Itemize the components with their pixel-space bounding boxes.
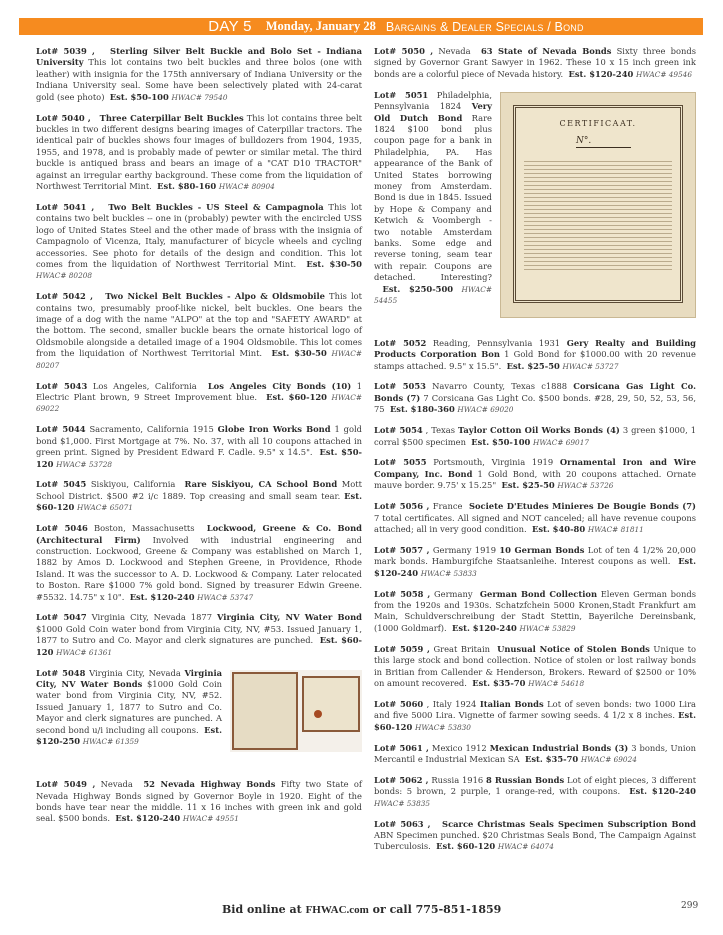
lot-hwac-number: HWAC# 79540 — [171, 93, 227, 102]
lot-entry: Lot# 5055 Portsmouth, Virginia 1919 Orna… — [374, 457, 696, 491]
footer-site-link[interactable]: FHWAC.com — [306, 904, 369, 916]
lot-number: Lot# 5041 , — [36, 202, 94, 212]
lot-title: Virginia City, NV Water Bond — [217, 612, 362, 622]
lot-title: Two Belt Buckles - US Steel & Campagnola — [108, 202, 323, 212]
lot-number: Lot# 5046 — [36, 523, 88, 533]
lot-location: , Italy 1924 — [427, 699, 477, 709]
dutch-certificate-photo: CERTIFICAAT. N°. — [500, 92, 696, 318]
lot-number: Lot# 5052 — [374, 338, 426, 348]
lot-number: Lot# 5042 , — [36, 291, 93, 301]
lot-number: Lot# 5048 — [36, 668, 85, 678]
lot-estimate: Est. $120-240 — [568, 69, 633, 79]
lot-title: Two Nickel Belt Buckles - Alpo & Oldsmob… — [105, 291, 325, 301]
lot-hwac-number: HWAC# 53726 — [557, 481, 613, 490]
lot-title: 63 State of Nevada Bonds — [481, 46, 611, 56]
lot-number: Lot# 5055 — [374, 457, 427, 467]
left-column: Lot# 5039 , Sterling Silver Belt Buckle … — [36, 46, 362, 834]
lot-location: Nevada — [101, 779, 133, 789]
lot-entry: Lot# 5046 Boston, Massachusetts Lockwood… — [36, 523, 362, 603]
lot-estimate: Est. $25-50 — [502, 480, 555, 490]
lot-location: Great Britain — [433, 644, 490, 654]
lot-entry: Lot# 5063 , Scarce Christmas Seals Speci… — [374, 819, 696, 853]
lot-entry: Lot# 5061 , Mexico 1912 Mexican Industri… — [374, 743, 696, 766]
lot-title: German Bond Collection — [480, 589, 597, 599]
certificate-caption: CERTIFICAAT. — [516, 118, 680, 129]
lot-estimate: Est. $25-50 — [507, 361, 560, 371]
lot-hwac-number: HWAC# 80208 — [36, 271, 92, 280]
lot-number: Lot# 5058 , — [374, 589, 430, 599]
lot-hwac-number: HWAC# 49546 — [636, 70, 692, 79]
lot-location: Russia 1916 — [431, 775, 483, 785]
lot-estimate: Est. $35-70 — [472, 678, 525, 688]
lot-entry: Lot# 5041 , Two Belt Buckles - US Steel … — [36, 202, 362, 282]
lot-hwac-number: HWAC# 64074 — [498, 842, 554, 851]
lot-estimate: Est. $180-360 — [390, 404, 455, 414]
lot-number: Lot# 5056 , — [374, 501, 429, 511]
lot-hwac-number: HWAC# 53830 — [415, 723, 471, 732]
lot-estimate: Est. $30-50 — [306, 259, 362, 269]
day-header-banner: DAY 5 Monday, January 28 Bargains & Deal… — [19, 18, 703, 35]
lot-hwac-number: HWAC# 61359 — [83, 737, 139, 746]
lot-title: Taylor Cotton Oil Works Bonds (4) — [458, 425, 620, 435]
lot-entry: Lot# 5060 , Italy 1924 Italian Bonds Lot… — [374, 699, 696, 733]
lot-entry: Lot# 5056 , France Societe D'Etudes Mini… — [374, 501, 696, 535]
lot-number: Lot# 5040 , — [36, 113, 91, 123]
lot-hwac-number: HWAC# 53833 — [421, 569, 477, 578]
lot-number: Lot# 5057 , — [374, 545, 430, 555]
lot-entry: Lot# 5054 , Texas Taylor Cotton Oil Work… — [374, 425, 696, 448]
lot-estimate: Est. $250-500 — [382, 284, 453, 294]
lot-location: Portsmouth, Virginia 1919 — [433, 457, 553, 467]
lot-entry: Lot# 5045 Siskiyou, California Rare Sisk… — [36, 479, 362, 513]
lot-entry: CERTIFICAAT. N°. Lot# 5051 Philadelphia,… — [374, 90, 696, 324]
section-title: Bargains & Dealer Specials / Bond — [386, 20, 584, 34]
lot-number: Lot# 5050 , — [374, 46, 433, 56]
lot-title: Italian Bonds — [480, 699, 544, 709]
lot-estimate: Est. $80-160 — [157, 181, 216, 191]
lot-number: Lot# 5051 — [374, 90, 428, 100]
lot-number: Lot# 5061 , — [374, 743, 429, 753]
lot-hwac-number: HWAC# 61361 — [56, 648, 112, 657]
lot-entry: Lot# 5062 , Russia 1916 8 Russian Bonds … — [374, 775, 696, 809]
lot-hwac-number: HWAC# 53728 — [56, 460, 112, 469]
lot-hwac-number: HWAC# 81811 — [588, 525, 644, 534]
lot-estimate: Est. $50-100 — [471, 437, 530, 447]
lot-number: Lot# 5054 — [374, 425, 423, 435]
lot-location: Virginia City, Nevada 1877 — [92, 612, 212, 622]
lot-location: Navarro County, Texas c1888 — [432, 381, 567, 391]
lot-estimate: Est. $60-120 — [266, 392, 327, 402]
lot-entry: Lot# 5042 , Two Nickel Belt Buckles - Al… — [36, 291, 362, 371]
lot-number: Lot# 5039 , — [36, 46, 95, 56]
lot-title: Scarce Christmas Seals Specimen Subscrip… — [442, 819, 696, 829]
lot-entry: Lot# 5059 , Great Britain Unusual Notice… — [374, 644, 696, 690]
lot-number: Lot# 5044 — [36, 424, 86, 434]
date-label: Monday, January 28 — [266, 19, 376, 34]
lot-number: Lot# 5062 , — [374, 775, 429, 785]
footer-bid-line: Bid online at FHWAC.com or call 775-851-… — [222, 903, 501, 916]
lot-title: Societe D'Etudes Minieres De Bougie Bond… — [469, 501, 696, 511]
lot-estimate: Est. $60-120 — [436, 841, 495, 851]
lot-entry: Lot# 5058 , Germany German Bond Collecti… — [374, 589, 696, 635]
lot-estimate: Est. $120-240 — [629, 786, 696, 796]
water-bonds-photo — [230, 670, 362, 752]
lot-title: 8 Russian Bonds — [486, 775, 564, 785]
lot-entry: Lot# 5057 , Germany 1919 10 German Bonds… — [374, 545, 696, 579]
lot-location: Sacramento, California 1915 — [89, 424, 213, 434]
lot-hwac-number: HWAC# 53835 — [374, 799, 430, 808]
lot-estimate: Est. $40-80 — [532, 524, 585, 534]
lot-title: Unusual Notice of Stolen Bonds — [497, 644, 650, 654]
lot-hwac-number: HWAC# 53727 — [562, 362, 618, 371]
lot-estimate: Est. $50-100 — [110, 92, 169, 102]
lot-location: France — [433, 501, 463, 511]
lot-entry: Lot# 5053 Navarro County, Texas c1888 Co… — [374, 381, 696, 415]
lot-location: Germany — [434, 589, 473, 599]
lot-location: Siskiyou, California — [91, 479, 176, 489]
footer-prefix: Bid online at — [222, 903, 306, 916]
lot-estimate: Est. $120-240 — [115, 813, 180, 823]
bond-image-left — [232, 672, 298, 750]
lot-title: Three Caterpillar Belt Buckles — [100, 113, 244, 123]
bond-image-right — [302, 676, 360, 732]
lot-entry: Lot# 5043 Los Angeles, California Los An… — [36, 381, 362, 415]
lot-location: Germany 1919 — [433, 545, 496, 555]
lot-estimate: Est. $120-240 — [130, 592, 195, 602]
lot-number: Lot# 5059 , — [374, 644, 430, 654]
lot-location: Reading, Pennsylvania 1931 — [433, 338, 560, 348]
page-number: 299 — [681, 901, 698, 911]
lot-hwac-number: HWAC# 69017 — [533, 438, 589, 447]
lot-description: Rare 1824 $100 bond plus coupon page for… — [374, 113, 492, 283]
lot-title: 52 Nevada Highway Bonds — [143, 779, 275, 789]
lot-title: Los Angeles City Bonds (10) — [208, 381, 351, 391]
lot-number: Lot# 5060 — [374, 699, 423, 709]
day-label: DAY 5 — [208, 18, 251, 35]
lot-hwac-number: HWAC# 53829 — [520, 624, 576, 633]
lot-number: Lot# 5063 , — [374, 819, 431, 829]
lot-number: Lot# 5053 — [374, 381, 426, 391]
lot-title: Globe Iron Works Bond — [218, 424, 331, 434]
lot-entry: Lot# 5050 , Nevada 63 State of Nevada Bo… — [374, 46, 696, 80]
lot-location: , Texas — [426, 425, 455, 435]
lot-estimate: Est. $120-240 — [452, 623, 517, 633]
lot-entry: Lot# 5040 , Three Caterpillar Belt Buckl… — [36, 113, 362, 193]
lot-hwac-number: HWAC# 65071 — [77, 503, 133, 512]
lot-entry: Lot# 5049 , Nevada 52 Nevada Highway Bon… — [36, 779, 362, 825]
lot-number: Lot# 5045 — [36, 479, 86, 489]
lot-number: Lot# 5049 , — [36, 779, 95, 789]
lot-location: Nevada — [438, 46, 470, 56]
lot-hwac-number: HWAC# 80904 — [219, 182, 275, 191]
lot-description: $1000 Gold Coin water bond from Virginia… — [36, 624, 362, 645]
lot-title: Mexican Industrial Bonds (3) — [490, 743, 628, 753]
seal-icon — [314, 710, 322, 718]
lot-hwac-number: HWAC# 69020 — [457, 405, 513, 414]
lot-location: Los Angeles, California — [93, 381, 197, 391]
lot-entry: Lot# 5052 Reading, Pennsylvania 1931 Ger… — [374, 338, 696, 372]
lot-hwac-number: HWAC# 69024 — [581, 755, 637, 764]
certificate-text-lines — [524, 158, 672, 270]
lot-hwac-number: HWAC# 53747 — [197, 593, 253, 602]
lot-entry: Lot# 5039 , Sterling Silver Belt Buckle … — [36, 46, 362, 103]
lot-entry: Lot# 5044 Sacramento, California 1915 Gl… — [36, 424, 362, 470]
lot-entry: Lot# 5048 Virginia City, Nevada Virginia… — [36, 668, 362, 756]
lot-number: Lot# 5043 — [36, 381, 87, 391]
certificate-border: CERTIFICAAT. N°. — [513, 105, 683, 303]
right-column: Lot# 5050 , Nevada 63 State of Nevada Bo… — [374, 46, 696, 862]
lot-title: 10 German Bonds — [499, 545, 584, 555]
lot-location: Mexico 1912 — [432, 743, 487, 753]
lot-description: This lot contains three belt buckles in … — [36, 113, 362, 191]
lot-entry: Lot# 5047 Virginia City, Nevada 1877 Vir… — [36, 612, 362, 658]
certificate-number: N°. — [576, 136, 631, 148]
lot-hwac-number: HWAC# 49551 — [183, 814, 239, 823]
footer-phone: or call 775-851-1859 — [369, 903, 501, 916]
lot-estimate: Est. $35-70 — [525, 754, 578, 764]
lot-estimate: Est. $30-50 — [272, 348, 327, 358]
lot-location: Boston, Massachusetts — [94, 523, 195, 533]
lot-hwac-number: HWAC# 54618 — [528, 679, 584, 688]
lot-title: Rare Siskiyou, CA School Bond — [184, 479, 337, 489]
lot-location: Virginia City, Nevada — [89, 668, 181, 678]
lot-number: Lot# 5047 — [36, 612, 87, 622]
